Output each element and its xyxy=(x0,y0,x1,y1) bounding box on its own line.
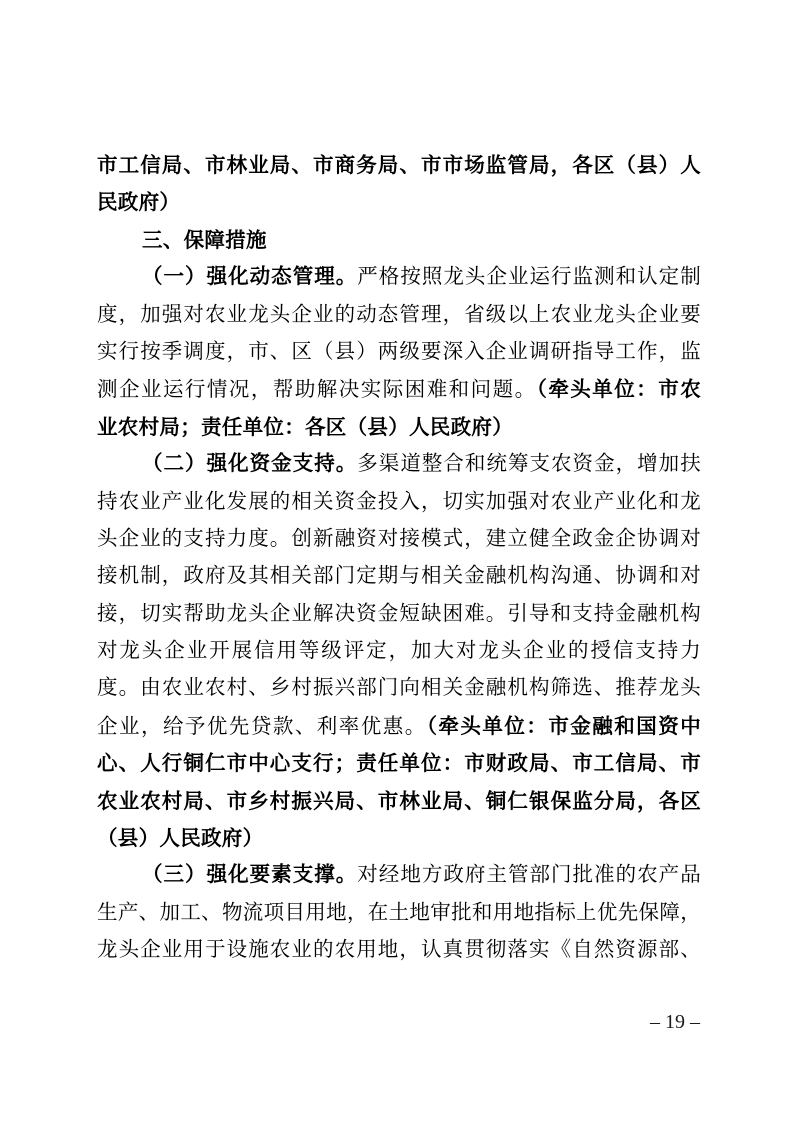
emphasis-unit-text: 市工信局、市林业局、市商务局、市市场监管局，各区（县）人 xyxy=(97,154,701,177)
body-text: 实行按季调度，市、区（县）两级要深入企业调研指导工作，监 xyxy=(97,341,701,363)
body-text: 接机制，政府及其相关部门定期与相关金融机构沟通、协调和对 xyxy=(97,565,701,587)
text-line: 民政府） xyxy=(97,184,701,221)
text-line: 持农业产业化发展的相关资金投入，切实加强对农业产业化和龙 xyxy=(97,484,701,521)
clause-heading-text: （三）强化要素支撑。 xyxy=(142,864,357,886)
body-text: 严格按照龙头企业运行监测和认定制 xyxy=(357,266,701,288)
emphasis-unit-text: 农业农村局、市乡村振兴局、市林业局、铜仁银保监分局，各区 xyxy=(97,790,701,813)
text-line: 农业农村局、市乡村振兴局、市林业局、铜仁银保监分局，各区 xyxy=(97,783,701,820)
text-line: （三）强化要素支撑。对经地方政府主管部门批准的农产品 xyxy=(97,857,701,894)
emphasis-unit-text: 三、保障措施 xyxy=(142,229,267,252)
body-text: 度。由农业农村、乡村振兴部门向相关金融机构筛选、推荐龙头 xyxy=(97,677,701,699)
text-line: 业农村局；责任单位：各区（县）人民政府） xyxy=(97,409,701,446)
body-text: 接，切实帮助龙头企业解决资金短缺困难。引导和支持金融机构 xyxy=(97,603,701,625)
body-text: 生产、加工、物流项目用地，在土地审批和用地指标上优先保障， xyxy=(97,902,701,924)
text-line: 心、人行铜仁市中心支行；责任单位：市财政局、市工信局、市 xyxy=(97,745,701,782)
body-text: 度，加强对农业龙头企业的动态管理，省级以上农业龙头企业要 xyxy=(97,304,701,326)
document-page: 市工信局、市林业局、市商务局、市市场监管局，各区（县）人民政府）三、保障措施（一… xyxy=(0,0,793,1122)
text-line: （一）强化动态管理。严格按照龙头企业运行监测和认定制 xyxy=(97,259,701,296)
clause-heading-text: （一）强化动态管理。 xyxy=(142,266,357,288)
text-line: 接，切实帮助龙头企业解决资金短缺困难。引导和支持金融机构 xyxy=(97,596,701,633)
text-line: 测企业运行情况，帮助解决实际困难和问题。（牵头单位：市农 xyxy=(97,371,701,408)
text-line: （县）人民政府） xyxy=(97,820,701,857)
text-line: 三、保障措施 xyxy=(97,222,701,259)
body-text: 对经地方政府主管部门批准的农产品 xyxy=(357,864,701,886)
emphasis-unit-text: （县）人民政府） xyxy=(97,827,263,850)
text-line: （二）强化资金支持。多渠道整合和统筹支农资金，增加扶 xyxy=(97,446,701,483)
text-line: 龙头企业用于设施农业的农用地，认真贯彻落实《自然资源部、 xyxy=(97,932,701,969)
clause-heading-text: （二）强化资金支持。 xyxy=(142,453,357,475)
text-line: 头企业的支持力度。创新融资对接模式，建立健全政金企协调对 xyxy=(97,521,701,558)
body-text: 持农业产业化发展的相关资金投入，切实加强对农业产业化和龙 xyxy=(97,491,701,513)
page-number: – 19 – xyxy=(0,1008,700,1036)
body-text: 龙头企业用于设施农业的农用地，认真贯彻落实《自然资源部、 xyxy=(97,939,701,961)
body-text: 多渠道整合和统筹支农资金，增加扶 xyxy=(357,453,701,475)
text-line: 企业，给予优先贷款、利率优惠。（牵头单位：市金融和国资中 xyxy=(97,708,701,745)
emphasis-unit-text: 业农村局；责任单位：各区（县）人民政府） xyxy=(97,416,513,439)
emphasis-unit-text: 心、人行铜仁市中心支行；责任单位：市财政局、市工信局、市 xyxy=(97,752,701,775)
emphasis-unit-text: （牵头单位：市金融和国资中 xyxy=(427,715,701,738)
body-text: 头企业的支持力度。创新融资对接模式，建立健全政金企协调对 xyxy=(97,528,701,550)
text-line: 度，加强对农业龙头企业的动态管理，省级以上农业龙头企业要 xyxy=(97,297,701,334)
body-text: 测企业运行情况，帮助解决实际困难和问题。 xyxy=(97,379,537,401)
text-line: 接机制，政府及其相关部门定期与相关金融机构沟通、协调和对 xyxy=(97,558,701,595)
text-line: 生产、加工、物流项目用地，在土地审批和用地指标上优先保障， xyxy=(97,895,701,932)
text-line: 度。由农业农村、乡村振兴部门向相关金融机构筛选、推荐龙头 xyxy=(97,670,701,707)
text-line: 实行按季调度，市、区（县）两级要深入企业调研指导工作，监 xyxy=(97,334,701,371)
text-line: 对龙头企业开展信用等级评定，加大对龙头企业的授信支持力 xyxy=(97,633,701,670)
text-line: 市工信局、市林业局、市商务局、市市场监管局，各区（县）人 xyxy=(97,147,701,184)
document-body: 市工信局、市林业局、市商务局、市市场监管局，各区（县）人民政府）三、保障措施（一… xyxy=(97,147,701,970)
emphasis-unit-text: 民政府） xyxy=(97,191,180,214)
emphasis-unit-text: （牵头单位：市农 xyxy=(537,378,701,401)
body-text: 对龙头企业开展信用等级评定，加大对龙头企业的授信支持力 xyxy=(97,640,701,662)
body-text: 企业，给予优先贷款、利率优惠。 xyxy=(97,716,427,738)
